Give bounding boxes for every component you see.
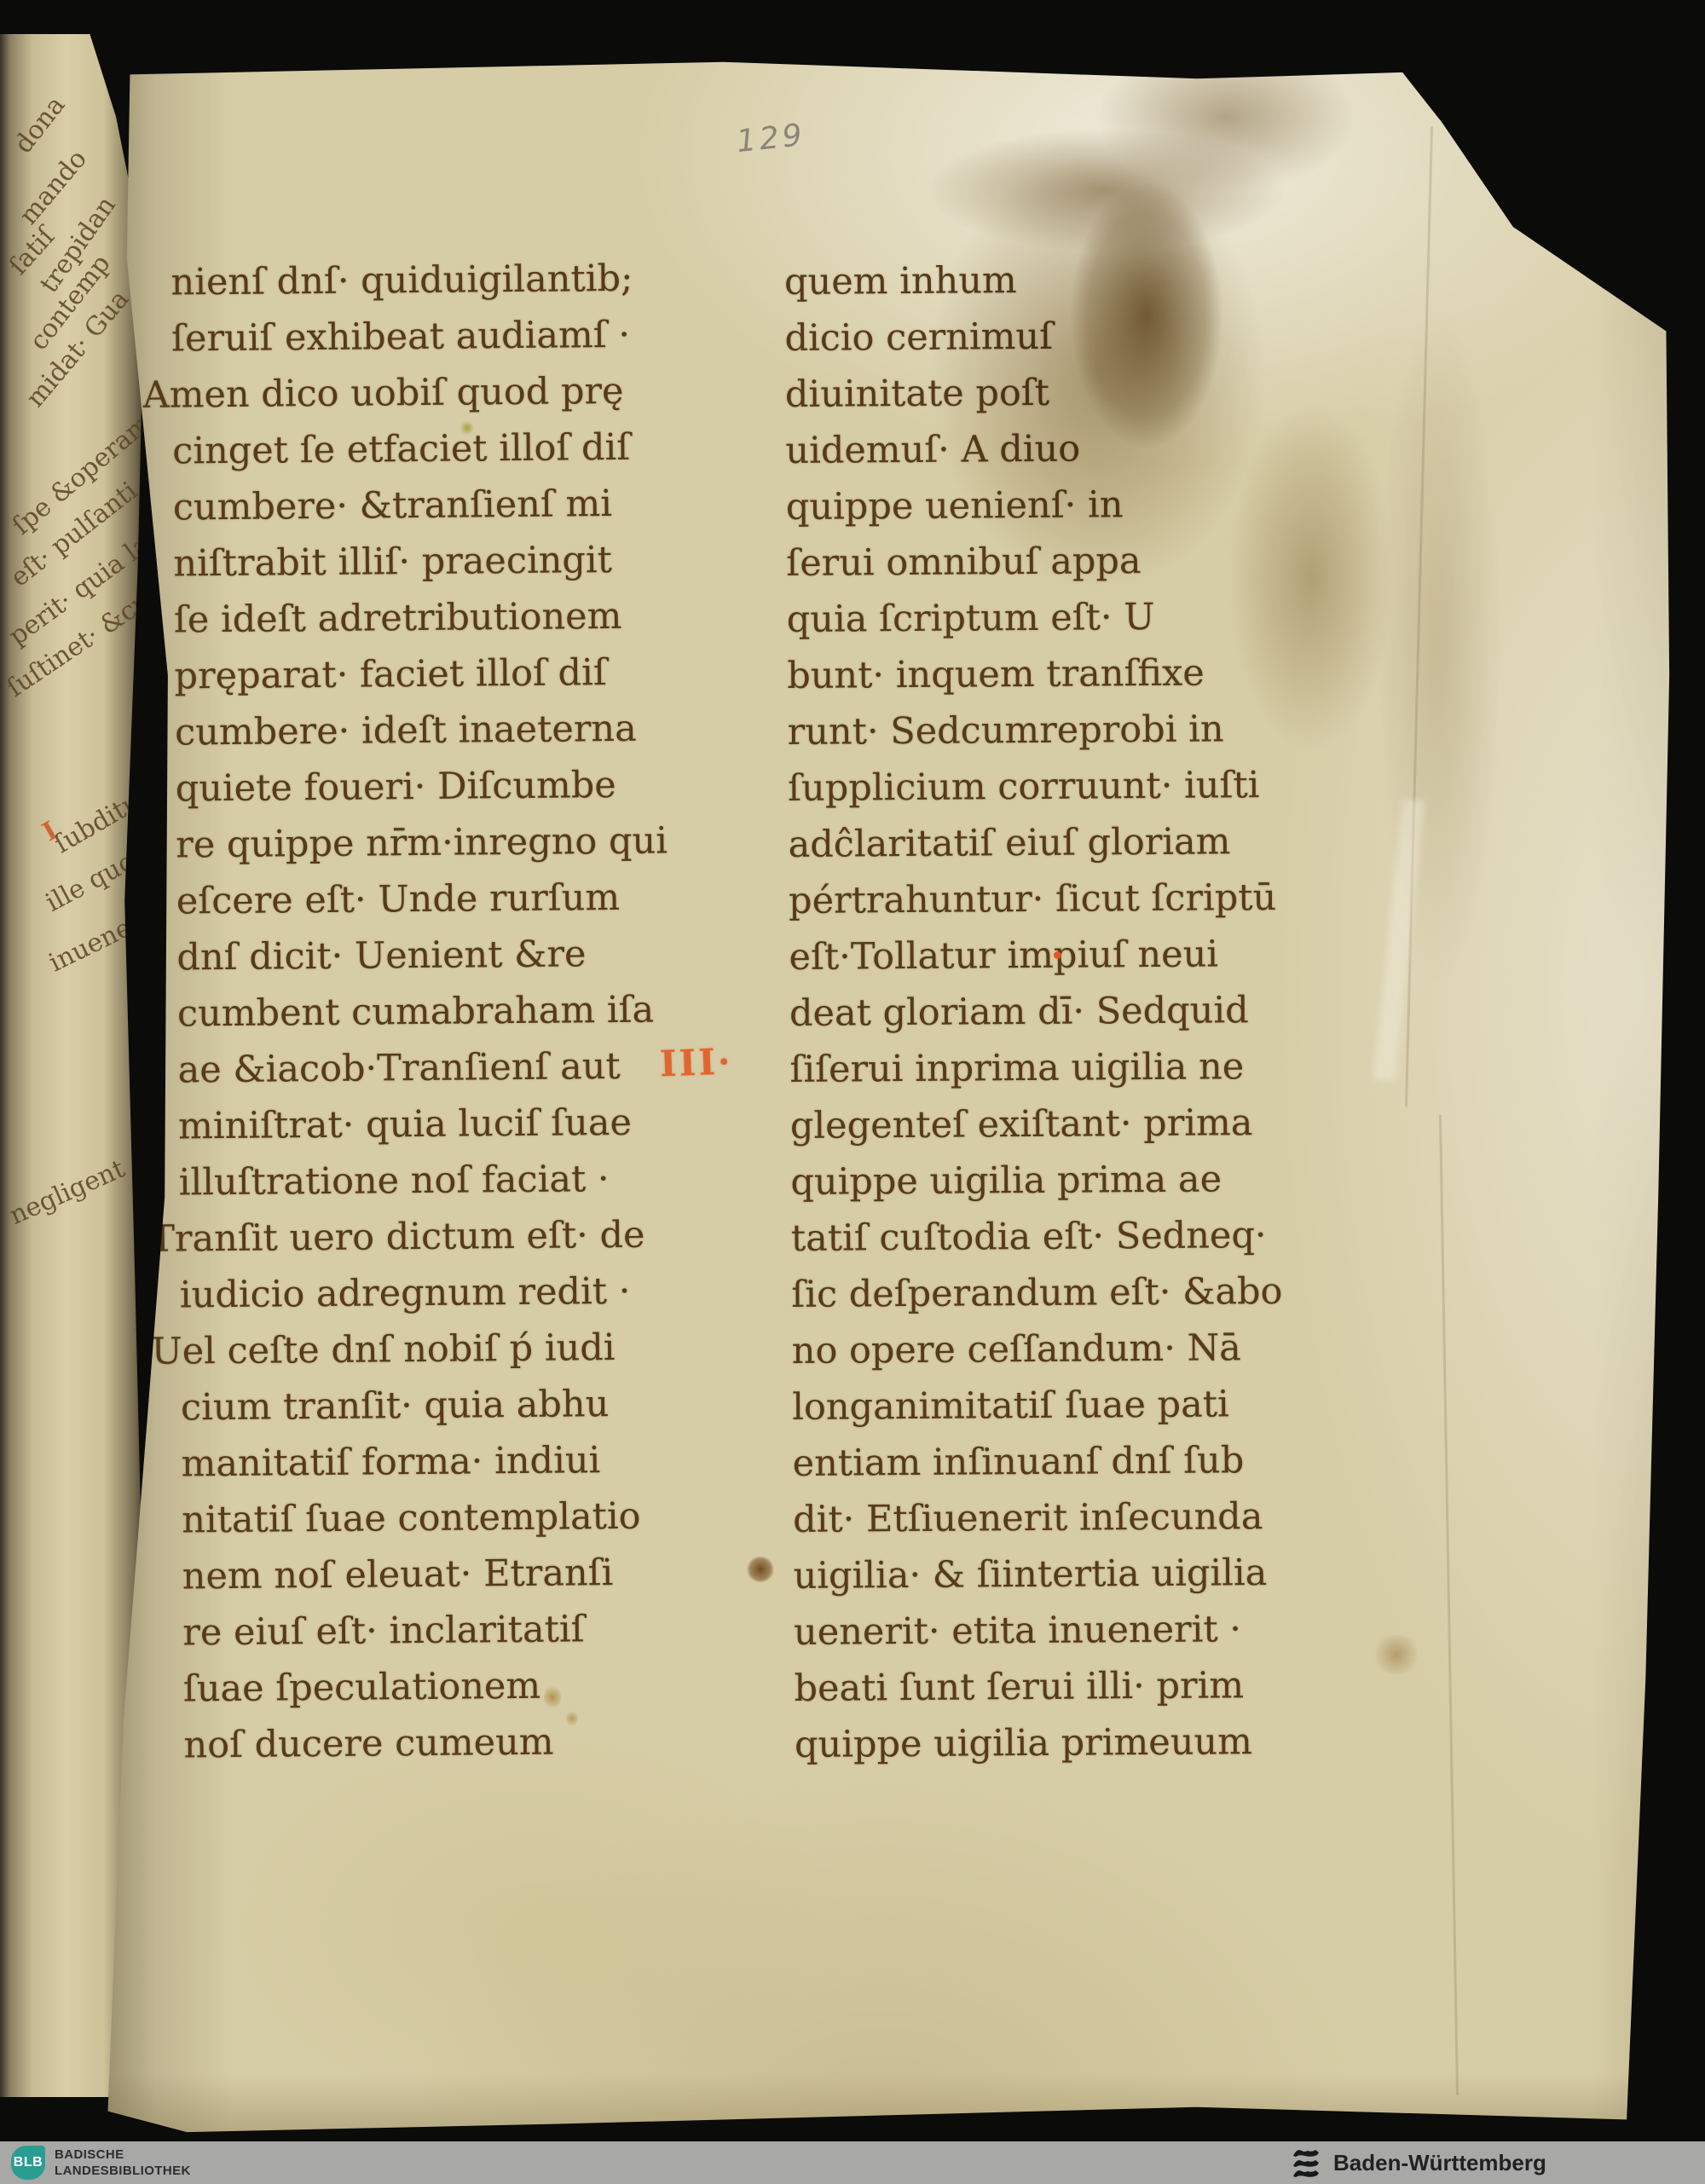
manuscript-line: cumbere· ideſt inaeterna [175, 700, 667, 760]
manuscript-line: cumbent cumabraham iſa [177, 981, 669, 1042]
manuscript-line: Amen dico uobiſ quod prę [142, 363, 663, 424]
manuscript-line: pértrahuntur· ſicut ſcriptū [789, 870, 1280, 929]
manuscript-line: illuſtratione noſ faciat · [178, 1150, 670, 1210]
manuscript-line: uenerit· etita inuenerit · [794, 1601, 1286, 1661]
manuscript-line: dnſ dicit· Uenient &re [176, 925, 668, 985]
manuscript-photo: dona mando ſatiſ trepidan contemp midat·… [0, 0, 1705, 2184]
blb-logo-text: BLB [14, 2155, 43, 2170]
manuscript-line: beati ſunt ſerui illi· prim [794, 1657, 1286, 1717]
manuscript-line: Tranſit uero dictum eſt· de [150, 1206, 671, 1267]
manuscript-line: ſuae ſpeculationem [183, 1656, 675, 1717]
manuscript-line: ſic deſperandum eſt· &abo [791, 1263, 1283, 1323]
manuscript-line: deat gloriam dī· Sedquid [789, 982, 1281, 1042]
manuscript-line: runt· Sedcumreprobi in [787, 701, 1279, 760]
manuscript-line: uigilia· & ſiintertia uigilia [793, 1545, 1285, 1604]
folio-number: 129 [735, 118, 807, 159]
manuscript-line: niſtrabit illiſ· praecingit [173, 532, 665, 592]
manuscript-line: cumbere· &tranſienſ mi [173, 476, 665, 536]
manuscript-line: ae &iacob·Tranſienſ aut [177, 1037, 669, 1098]
manuscript-line: miniſtrat· quia luciſ ſuae [178, 1094, 670, 1154]
manuscript-line: nem noſ eleuat· Etranſi [182, 1544, 673, 1604]
parchment-crease [1405, 126, 1433, 1106]
manuscript-line: quippe uigilia primeuum [795, 1713, 1286, 1773]
manuscript-line: diuinitate poſt [785, 363, 1277, 423]
manuscript-line: ſe ideſt adretributionem [174, 588, 666, 649]
manuscript-line: tatiſ cuſtodia eſt· Sedneq· [791, 1207, 1283, 1267]
manuscript-line: no opere ceſſandum· Nā [792, 1320, 1284, 1379]
attribution-bar: BLB BADISCHE LANDESBIBLIOTHEK Baden-Würt… [0, 2141, 1705, 2184]
manuscript-line: quem inhum [784, 251, 1276, 310]
manuscript-page: 129 nienſ dnſ· quiduigilantib; ſeruiſ ex… [92, 49, 1671, 2136]
manuscript-line: pręparat· faciet illoſ diſ [174, 644, 666, 705]
library-name-line1: BADISCHE [55, 2146, 191, 2163]
margin-text-fragment: ſubditur [49, 781, 156, 859]
region-label: Baden-Württemberg [1333, 2150, 1546, 2176]
stain-spot [566, 1710, 578, 1727]
manuscript-line: dit· Etſiuenerit inſecunda [793, 1488, 1285, 1548]
manuscript-line: nitatiſ ſuae contemplatio [182, 1488, 673, 1548]
manuscript-line: cium tranſit· quia abhu [181, 1375, 673, 1436]
manuscript-line: ſerui omnibuſ appa [786, 532, 1278, 592]
manuscript-line: cinget ſe etfaciet illoſ diſ [172, 419, 664, 480]
parchment-crease [1439, 1115, 1459, 2095]
manuscript-line: eſt·Tollatur impiuſ neui [789, 926, 1280, 985]
manuscript-line: glegenteſ exiſtant· prima [790, 1095, 1282, 1154]
stain-spot [460, 421, 474, 435]
manuscript-line: manitatiſ forma· indiui [181, 1431, 673, 1492]
stain-spot [1371, 1635, 1422, 1674]
text-column-right: quem inhum dicio cernimuſ diuinitate poſ… [784, 251, 1286, 1773]
red-speck [1054, 951, 1061, 959]
manuscript-line: quippe uigilia prima ae [790, 1151, 1282, 1210]
rubric-chapter-numeral: III· [659, 1041, 733, 1085]
margin-text-fragment: dona [9, 90, 71, 159]
parchment-fold-highlight [1373, 800, 1425, 1082]
manuscript-line: quiete foueri· Diſcumbe [175, 756, 667, 817]
baden-wuerttemberg-coat-of-arms-icon [1289, 2146, 1323, 2179]
manuscript-line: ſeruiſ exhibeat audiamſ · [171, 307, 663, 367]
manuscript-line: noſ ducere cumeum [183, 1713, 675, 1773]
manuscript-line: adĉlaritatiſ eiuſ gloriam [788, 813, 1280, 873]
margin-text-fragment: negligent [5, 1154, 130, 1231]
manuscript-line: re eiuſ eſt· inclaritatiſ [182, 1600, 674, 1661]
manuscript-line: entiam inſinuanſ dnſ ſub [792, 1432, 1284, 1492]
manuscript-line: bunt· inquem tranſfixe [787, 644, 1279, 704]
manuscript-line: quia ſcriptum eſt· U [787, 588, 1279, 648]
manuscript-line: quippe uenienſ· in [786, 476, 1278, 535]
manuscript-line: uidemuſ· A diuo [785, 419, 1277, 479]
manuscript-line: Uel ceſte dnſ nobiſ ṕ iudi [151, 1319, 672, 1379]
manuscript-line: eſcere eſt· Unde rurſum [176, 869, 668, 929]
stain-spot [544, 1684, 561, 1710]
library-name-line2: LANDESBIBLIOTHEK [55, 2163, 191, 2179]
manuscript-line: re quippe nr̄m·inregno qui [176, 812, 668, 873]
manuscript-line: dicio cernimuſ [784, 307, 1276, 367]
manuscript-line: longanimitatiſ ſuae pati [792, 1376, 1284, 1436]
library-name: BADISCHE LANDESBIBLIOTHEK [55, 2146, 191, 2179]
blb-logo-icon: BLB [11, 2146, 45, 2180]
ink-blot [747, 1557, 774, 1582]
manuscript-line: ſiſerui inprima uigilia ne [789, 1038, 1281, 1098]
manuscript-line: ſupplicium corruunt· iuſti [788, 757, 1280, 817]
manuscript-line: nienſ dnſ· quiduigilantib; [170, 251, 662, 311]
text-column-left: nienſ dnſ· quiduigilantib; ſeruiſ exhibe… [170, 251, 675, 1774]
manuscript-line: iudicio adregnum redit · [180, 1262, 672, 1323]
